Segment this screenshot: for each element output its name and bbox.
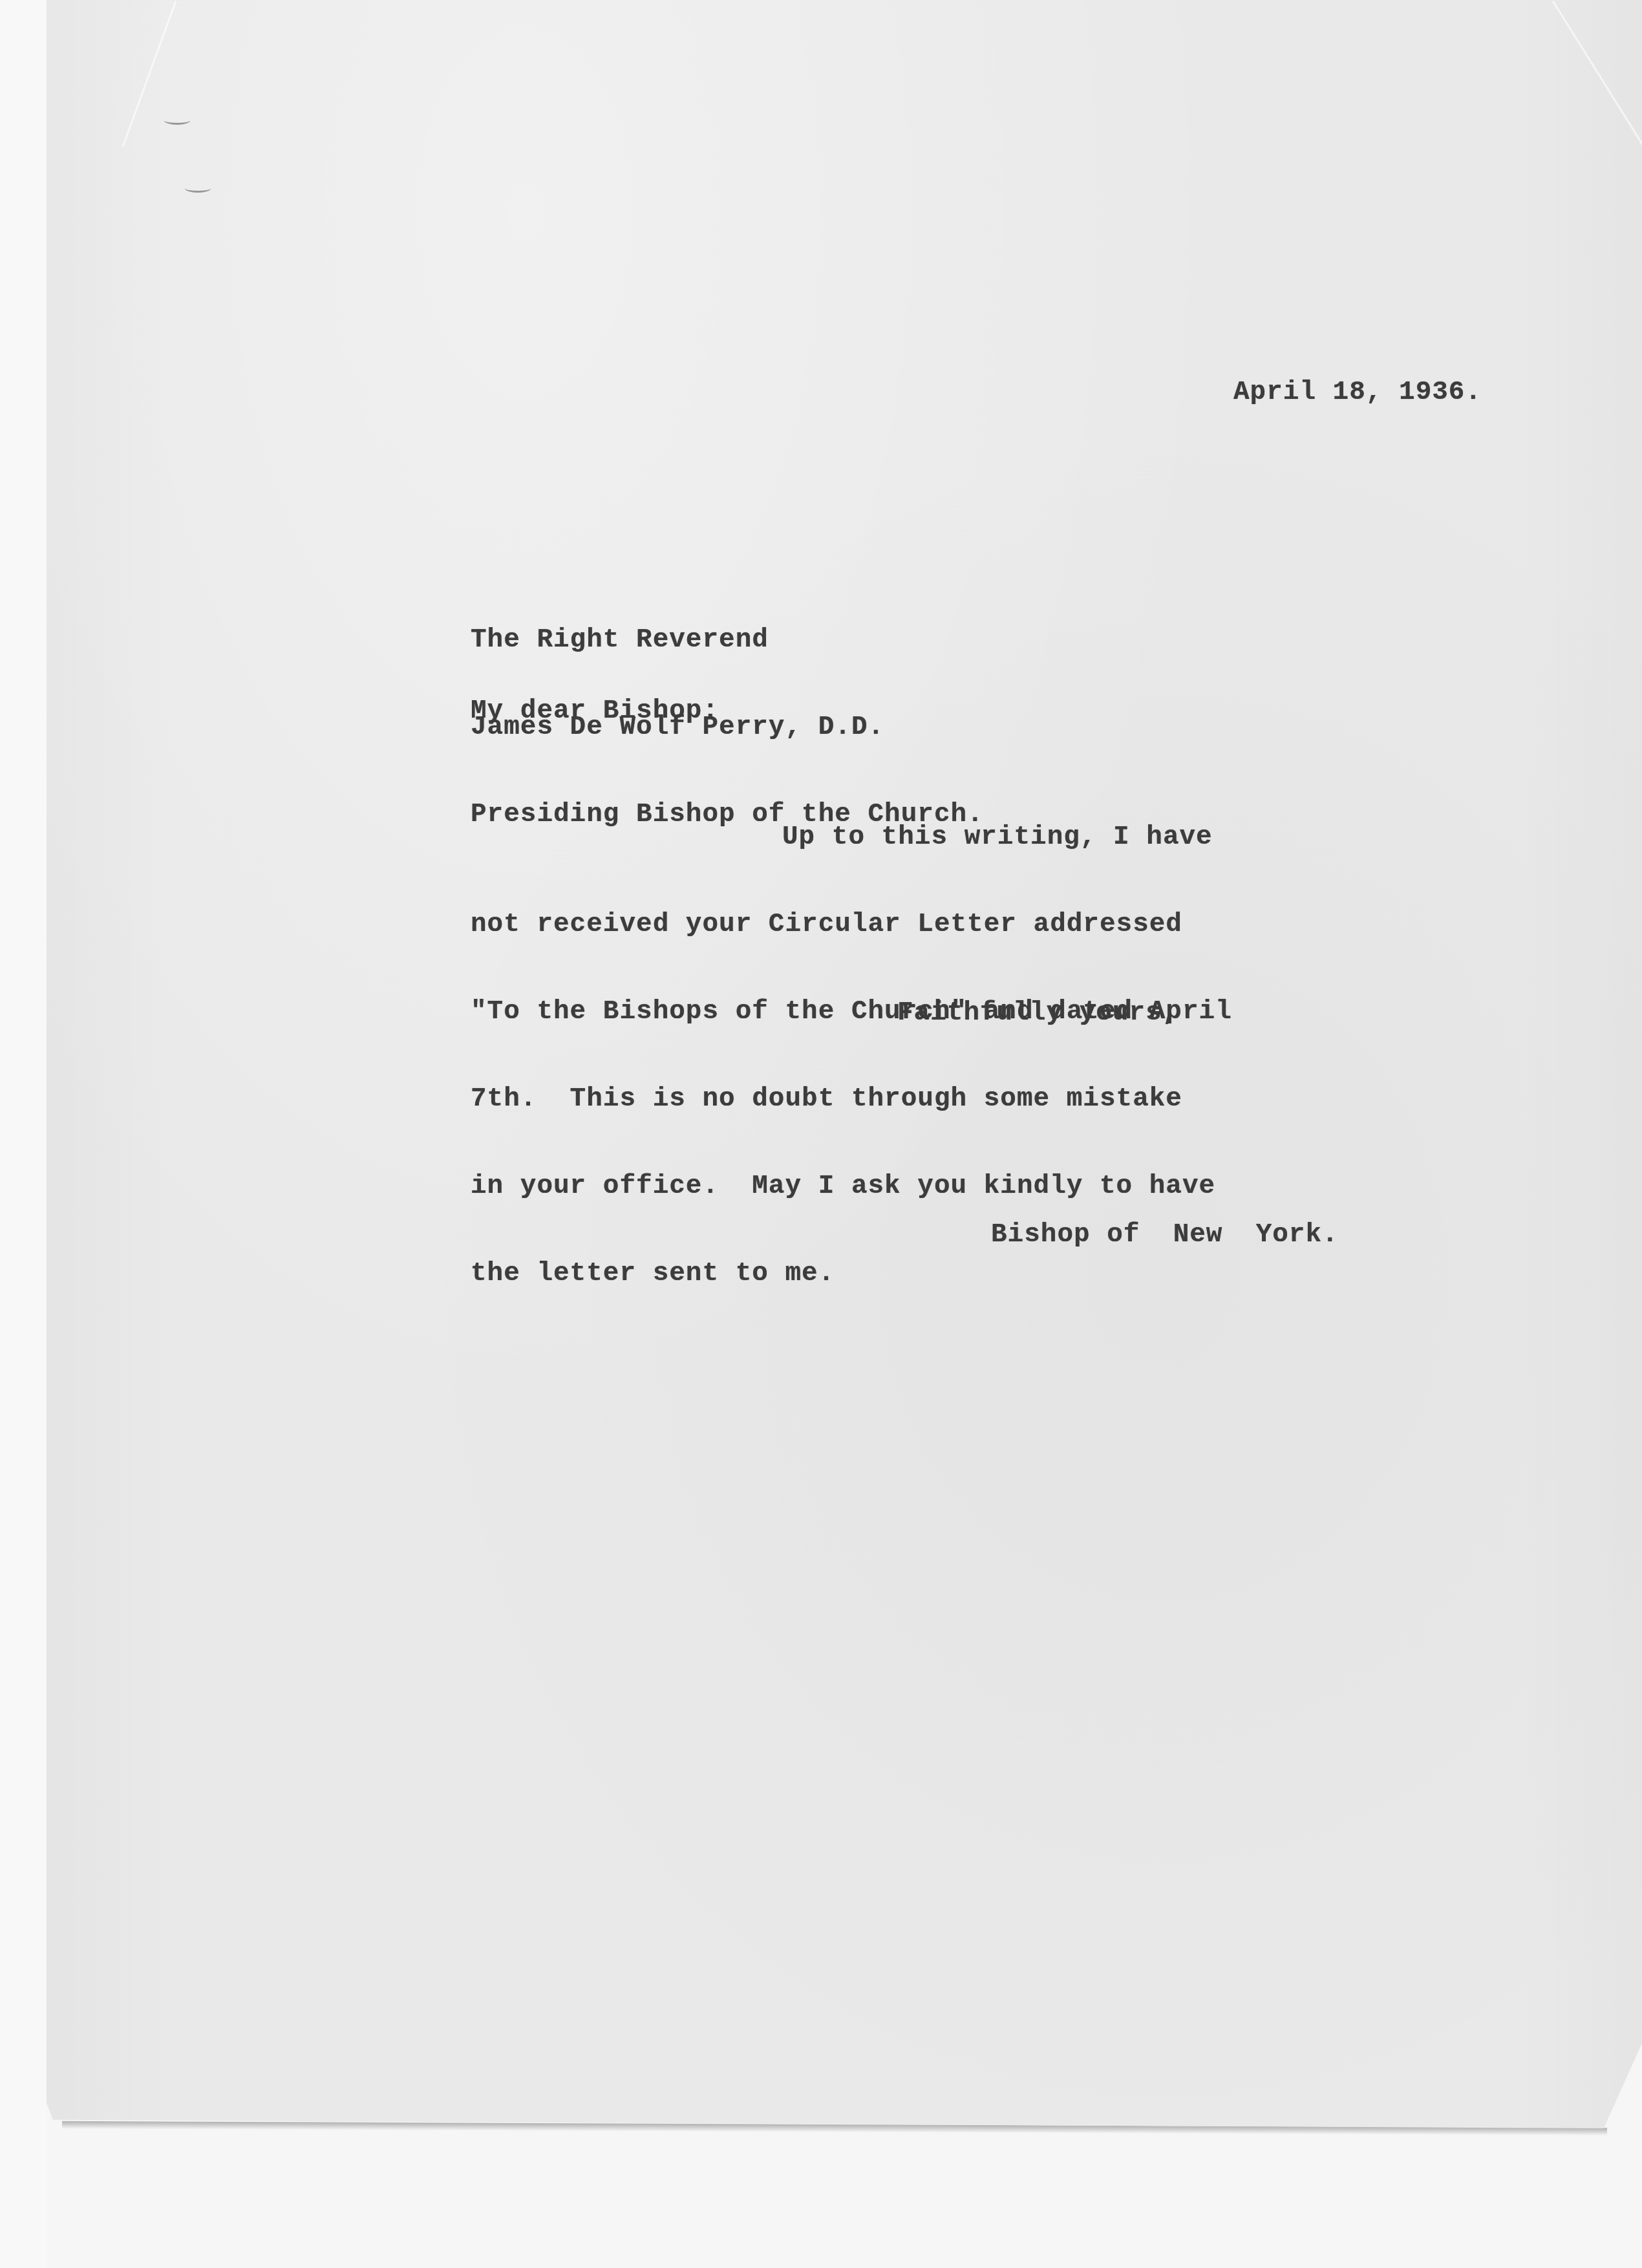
scanner-background <box>0 0 47 2268</box>
body-line: not received your Circular Letter addres… <box>471 910 1232 939</box>
body-line: in your office. May I ask you kindly to … <box>471 1172 1232 1201</box>
paper-tear-mark <box>164 116 190 125</box>
body-line: 7th. This is no doubt through some mista… <box>471 1085 1232 1114</box>
signature-block: Bishop of New York. <box>991 1221 1339 1250</box>
paper-crease <box>122 1 177 147</box>
salutation: My dear Bishop: <box>471 697 719 726</box>
complimentary-close: Faithfully yours, <box>897 999 1178 1028</box>
letter-date: April 18, 1936. <box>1233 378 1482 407</box>
recipient-line: The Right Reverend <box>471 626 984 655</box>
body-line: the letter sent to me. <box>471 1259 1232 1289</box>
paper-tear-mark <box>185 184 211 193</box>
paper-crease <box>1552 1 1642 177</box>
body-line: Up to this writing, I have <box>471 823 1232 852</box>
